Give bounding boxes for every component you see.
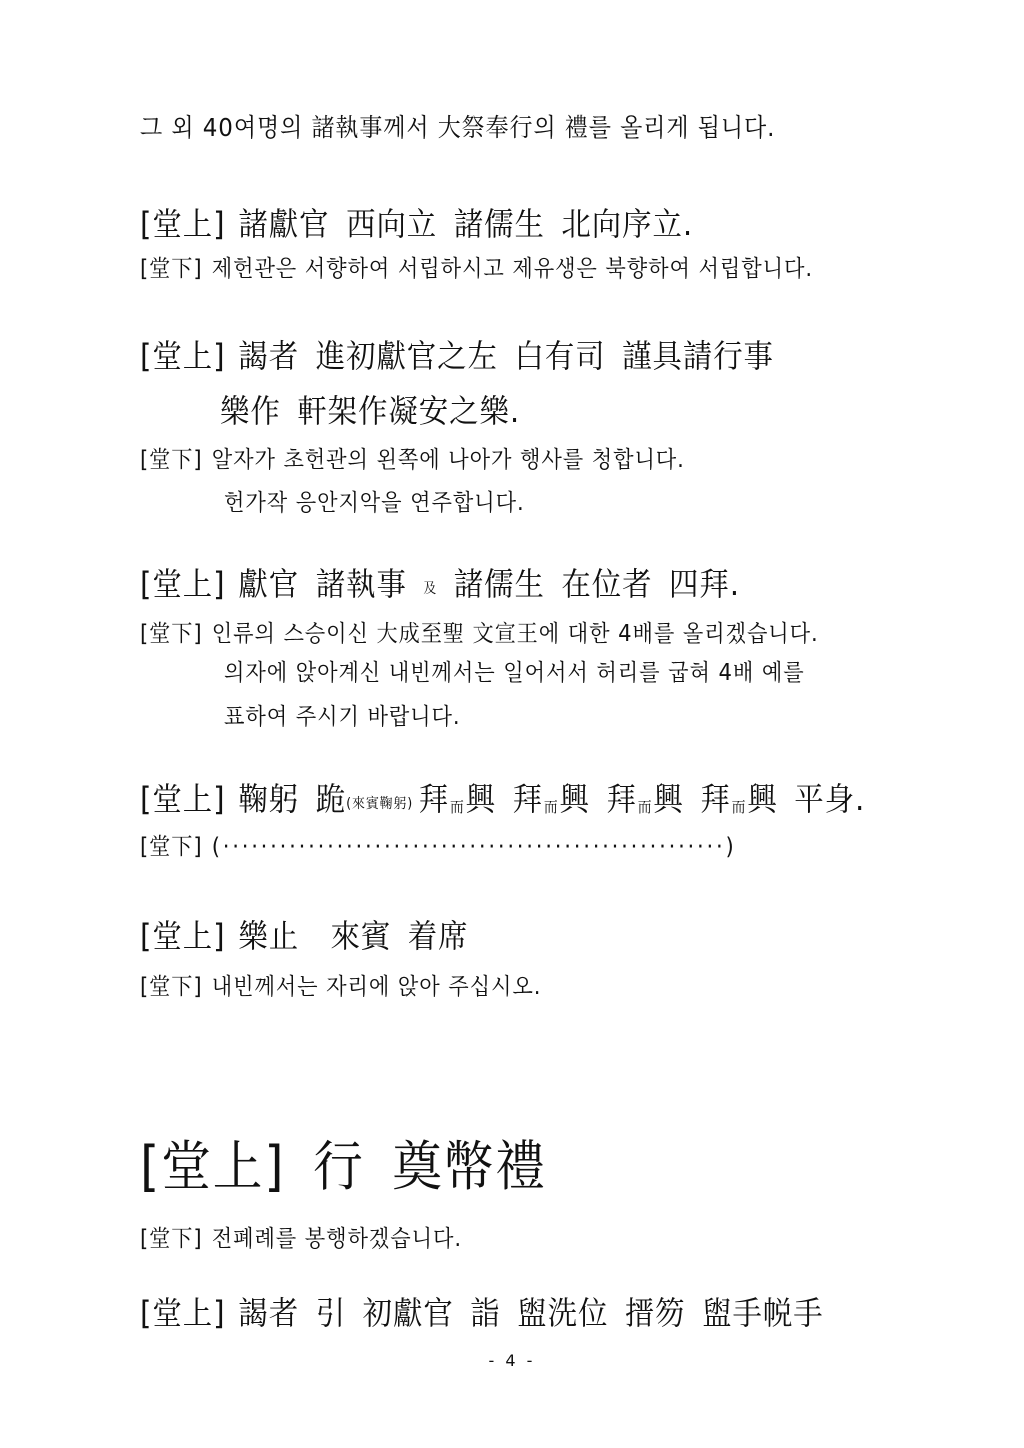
tag-dangsang: [堂上] (140, 1294, 226, 1332)
section-2-down-continued: 헌가작 응안지악을 연주합니다. (224, 492, 525, 515)
intro-line: 그 외 40여명의 諸執事께서 大祭奉行의 禮를 올리게 됩니다. (140, 115, 775, 140)
section-2-down: [堂下]알자가 초헌관의 왼쪽에 나아가 행사를 청합니다. (140, 449, 685, 472)
tag-dangsang: [堂上] (140, 917, 226, 955)
section-2-up-continued: 樂作軒架作凝安之樂. (220, 395, 520, 427)
dotted-placeholder: (·······································… (212, 834, 737, 860)
section-1-down: [堂下]제헌관은 서향하여 서립하시고 제유생은 북향하여 서립합니다. (140, 258, 813, 281)
heading-word-2: 奠幣禮 (392, 1135, 547, 1198)
section-4-down: [堂下](···································… (140, 836, 737, 859)
section-3-down-continued-1: 의자에 앉아계신 내빈께서는 일어서서 허리를 굽혀 4배 예를 (224, 662, 805, 685)
section-heading: [堂上]行奠幣禮 (140, 1140, 547, 1194)
tag-dangha: [堂下] (140, 1226, 203, 1252)
section-5-up: [堂上]樂止來賓着席 (140, 920, 468, 952)
section-3-down-continued-2: 표하여 주시기 바랍니다. (224, 706, 461, 729)
tag-dangsang: [堂上] (140, 780, 226, 818)
section-3-up: [堂上]獻官諸執事及諸儒生在位者四拜. (140, 568, 740, 600)
section-4-up: [堂上]鞠躬跪(來賓鞠躬)拜而興拜而興拜而興拜而興平身. (140, 783, 865, 815)
section-2-up: [堂上]謁者進初獻官之左白有司謹具請行事 (140, 340, 774, 372)
heading-down: [堂下]전폐례를 봉행하겠습니다. (140, 1228, 462, 1251)
tag-dangsang: [堂上] (140, 205, 226, 243)
page-number: - 4 - (0, 1353, 1024, 1369)
tag-dangha: [堂下] (140, 621, 203, 647)
heading-word-1: 行 (313, 1135, 365, 1198)
section-5-down: [堂下]내빈께서는 자리에 앉아 주십시오. (140, 976, 541, 999)
tag-dangha: [堂下] (140, 974, 203, 1000)
heading-tag: [堂上] (140, 1135, 285, 1198)
tag-dangsang: [堂上] (140, 565, 226, 603)
tag-dangha: [堂下] (140, 447, 203, 473)
tag-dangha: [堂下] (140, 256, 203, 282)
tag-dangha: [堂下] (140, 834, 203, 860)
section-3-down: [堂下]인류의 스승이신 大成至聖 文宣王에 대한 4배를 올리겠습니다. (140, 623, 819, 646)
tag-dangsang: [堂上] (140, 337, 226, 375)
last-section-up: [堂上]謁者引初獻官詣盥洗位搢笏盥手帨手 (140, 1297, 824, 1329)
section-1-up: [堂上]諸獻官西向立諸儒生北向序立. (140, 208, 693, 240)
document-page: 그 외 40여명의 諸執事께서 大祭奉行의 禮를 올리게 됩니다. [堂上]諸獻… (0, 0, 1024, 1448)
